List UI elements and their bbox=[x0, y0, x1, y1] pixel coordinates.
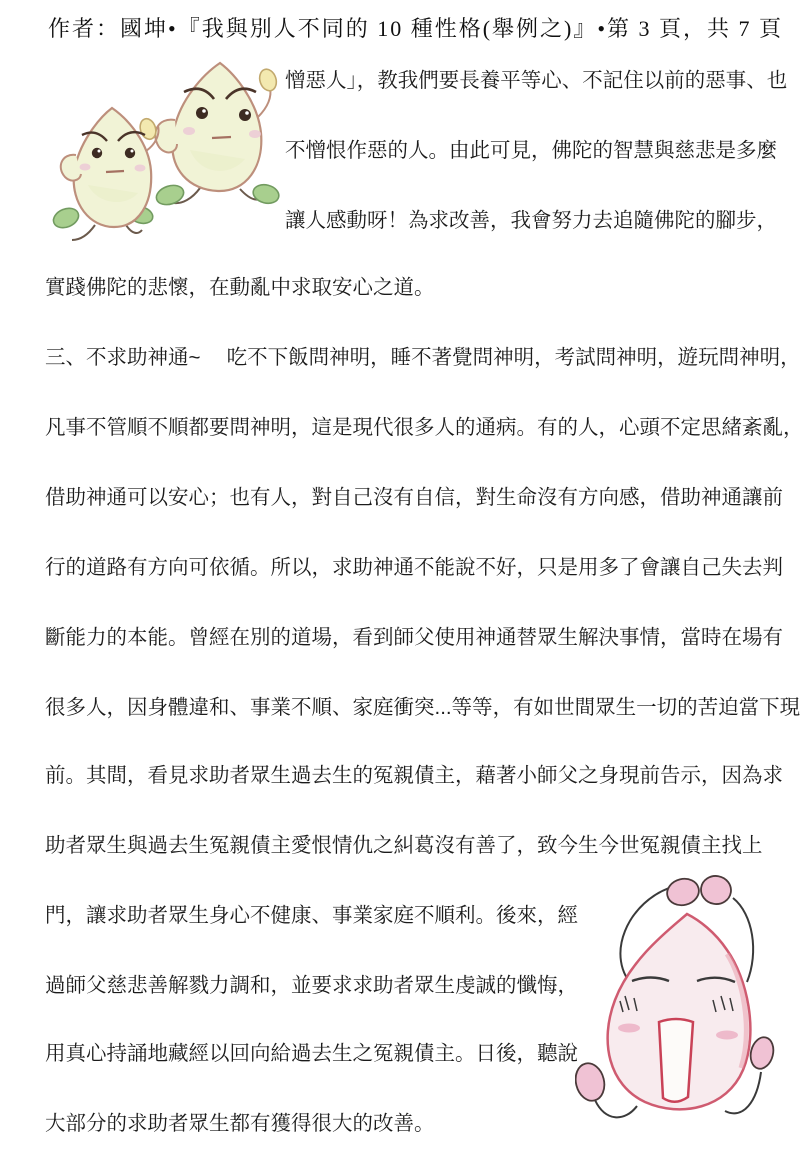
body-line: 前。其間，看見求助者眾生過去生的冤親債主，藉著小師父之身現前告示，因為求 bbox=[45, 758, 783, 788]
body-line: 不憎恨作惡的人。由此可見，佛陀的智慧與慈悲是多麼 bbox=[285, 133, 777, 163]
body-line: 助者眾生與過去生冤親債主愛恨情仇之糾葛沒有善了，致今生今世冤親債主找上 bbox=[45, 828, 763, 858]
small-seed-character bbox=[51, 108, 159, 240]
body-line: 斷能力的本能。曾經在別的道場，看到師父使用神通替眾生解決事情，當時在場有 bbox=[45, 620, 783, 650]
body-line: 讓人感動呀！為求改善，我會努力去追隨佛陀的腳步， bbox=[285, 203, 777, 233]
two-seed-characters-drawing bbox=[40, 55, 290, 265]
body-line: 過師父慈悲善解戮力調和，並要求求助者眾生虔誠的懺悔， bbox=[45, 968, 578, 998]
open-mouth bbox=[659, 1019, 693, 1102]
illustration-crying-seed-character bbox=[575, 870, 800, 1160]
body-line: 門，讓求助者眾生身心不健康、事業家庭不順利。後來，經 bbox=[45, 898, 578, 928]
body-line: 實踐佛陀的悲懷，在動亂中求取安心之道。 bbox=[45, 270, 435, 300]
body-line: 大部分的求助者眾生都有獲得很大的改善。 bbox=[45, 1106, 435, 1136]
big-seed-character bbox=[154, 63, 281, 208]
body-line: 行的道路有方向可依循。所以，求助神通不能說不好，只是用多了會讓自己失去判 bbox=[45, 550, 783, 580]
body-line: 用真心持誦地藏經以回向給過去生之冤親債主。日後，聽說 bbox=[45, 1036, 578, 1066]
illustration-two-seed-characters bbox=[40, 55, 290, 265]
body-line: 借助神通可以安心；也有人，對自己沒有自信，對生命沒有方向感，借助神通讓前 bbox=[45, 480, 783, 510]
body-line: 凡事不管順不順都要問神明，這是現代很多人的通病。有的人，心頭不定思緒紊亂， bbox=[45, 410, 800, 440]
page-header-line: 作者：國坤•『我與別人不同的 10 種性格(舉例之)』•第 3 頁，共 7 頁 bbox=[48, 12, 783, 43]
body-line: 很多人，因身體違和、事業不順、家庭衝突...等等，有如世間眾生一切的苦迫當下現 bbox=[45, 690, 800, 720]
crying-seed-character-drawing bbox=[575, 870, 800, 1160]
document-page: 作者：國坤•『我與別人不同的 10 種性格(舉例之)』•第 3 頁，共 7 頁 bbox=[0, 0, 800, 1160]
body-line: 憎惡人」，教我們要長養平等心、不記住以前的惡事、也 bbox=[285, 63, 787, 93]
body-line: 三、不求助神通~ 吃不下飯問神明，睡不著覺問神明，考試問神明，遊玩問神明， bbox=[45, 340, 800, 370]
